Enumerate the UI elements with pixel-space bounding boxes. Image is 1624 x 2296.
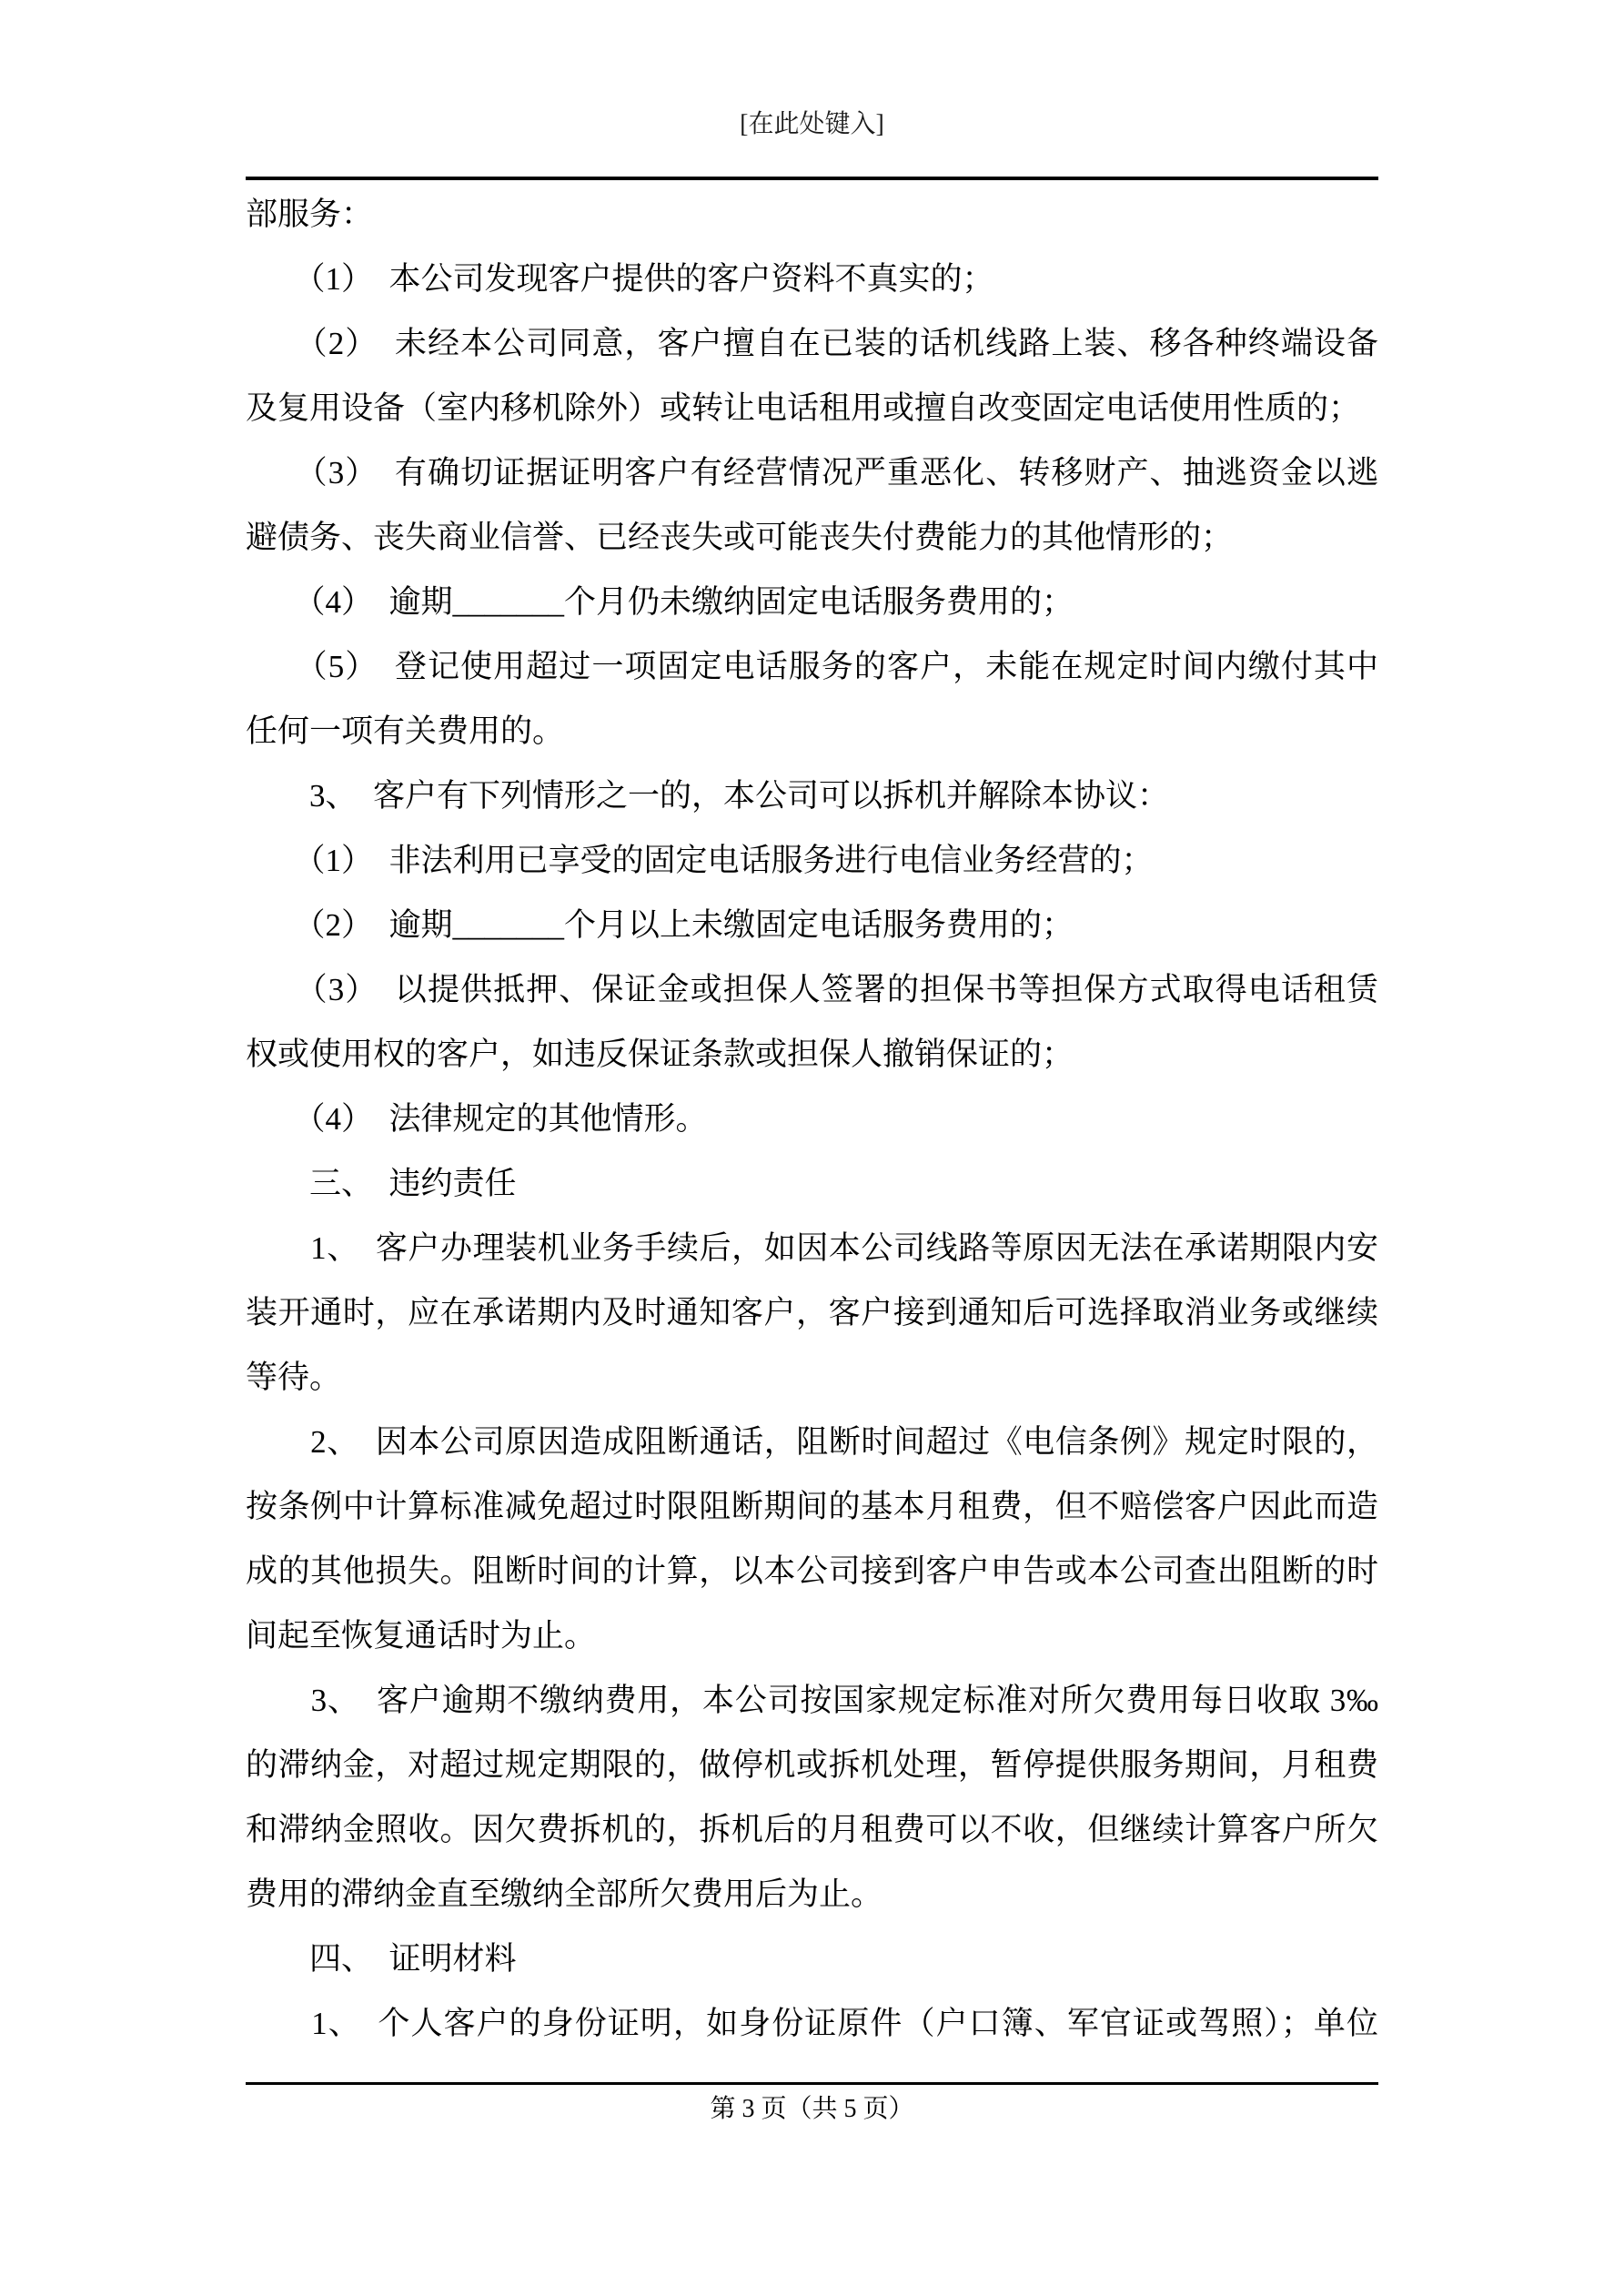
text-line: 成的其他损失。阻断时间的计算，以本公司接到客户申告或本公司查出阻断的时: [246, 1539, 1378, 1603]
document-body: 部服务： （1） 本公司发现客户提供的客户资料不真实的； （2） 未经本公司同意…: [246, 182, 1378, 2056]
text-line: （5） 登记使用超过一项固定电话服务的客户，未能在规定时间内缴付其中: [246, 634, 1378, 699]
text-line: （4） 法律规定的其他情形。: [246, 1087, 1378, 1151]
footer-rule: [246, 2082, 1378, 2085]
text-line: 3、 客户有下列情形之一的，本公司可以拆机并解除本协议：: [246, 764, 1378, 828]
text-line: 等待。: [246, 1345, 1378, 1410]
text-line: 任何一项有关费用的。: [246, 699, 1378, 764]
text-line: （1） 本公司发现客户提供的客户资料不真实的；: [246, 247, 1378, 311]
header-placeholder: [在此处键入]: [0, 105, 1624, 145]
text-line: 和滞纳金照收。因欠费拆机的，拆机后的月租费可以不收，但继续计算客户所欠: [246, 1797, 1378, 1862]
text-line: 的滞纳金，对超过规定期限的，做停机或拆机处理，暂停提供服务期间，月租费: [246, 1733, 1378, 1797]
page-number: 第 3 页（共 5 页）: [0, 2089, 1624, 2129]
text-line: 1、 个人客户的身份证明，如身份证原件（户口簿、军官证或驾照）；单位: [246, 1991, 1378, 2056]
text-line: 避债务、丧失商业信誉、已经丧失或可能丧失付费能力的其他情形的；: [246, 505, 1378, 570]
text-line: （2） 未经本公司同意，客户擅自在已装的话机线路上装、移各种终端设备: [246, 311, 1378, 376]
text-line: （1） 非法利用已享受的固定电话服务进行电信业务经营的；: [246, 828, 1378, 893]
text-line: 1、 客户办理装机业务手续后，如因本公司线路等原因无法在承诺期限内安: [246, 1216, 1378, 1280]
text-line: 权或使用权的客户，如违反保证条款或担保人撤销保证的；: [246, 1022, 1378, 1087]
text-line: 3、 客户逾期不缴纳费用，本公司按国家规定标准对所欠费用每日收取 3‰: [246, 1668, 1378, 1733]
document-page: [在此处键入] 部服务： （1） 本公司发现客户提供的客户资料不真实的； （2）…: [0, 0, 1624, 2296]
text-line: 按条例中计算标准减免超过时限阻断期间的基本月租费，但不赔偿客户因此而造: [246, 1474, 1378, 1539]
text-line: 费用的滞纳金直至缴纳全部所欠费用后为止。: [246, 1862, 1378, 1927]
text-line: 及复用设备（室内移机除外）或转让电话租用或擅自改变固定电话使用性质的；: [246, 376, 1378, 440]
text-line: 2、 因本公司原因造成阻断通话，阻断时间超过《电信条例》规定时限的，: [246, 1410, 1378, 1474]
header-rule: [246, 177, 1378, 180]
text-line: 间起至恢复通话时为止。: [246, 1603, 1378, 1668]
text-line: 装开通时，应在承诺期内及时通知客户，客户接到通知后可选择取消业务或继续: [246, 1280, 1378, 1345]
text-line: 三、 违约责任: [246, 1151, 1378, 1216]
text-line: （2） 逾期_______个月以上未缴固定电话服务费用的；: [246, 893, 1378, 957]
text-line: （3） 以提供抵押、保证金或担保人签署的担保书等担保方式取得电话租赁: [246, 957, 1378, 1022]
text-line: 四、 证明材料: [246, 1927, 1378, 1991]
text-line: 部服务：: [246, 182, 1378, 247]
text-line: （3） 有确切证据证明客户有经营情况严重恶化、转移财产、抽逃资金以逃: [246, 440, 1378, 505]
text-line: （4） 逾期_______个月仍未缴纳固定电话服务费用的；: [246, 570, 1378, 634]
